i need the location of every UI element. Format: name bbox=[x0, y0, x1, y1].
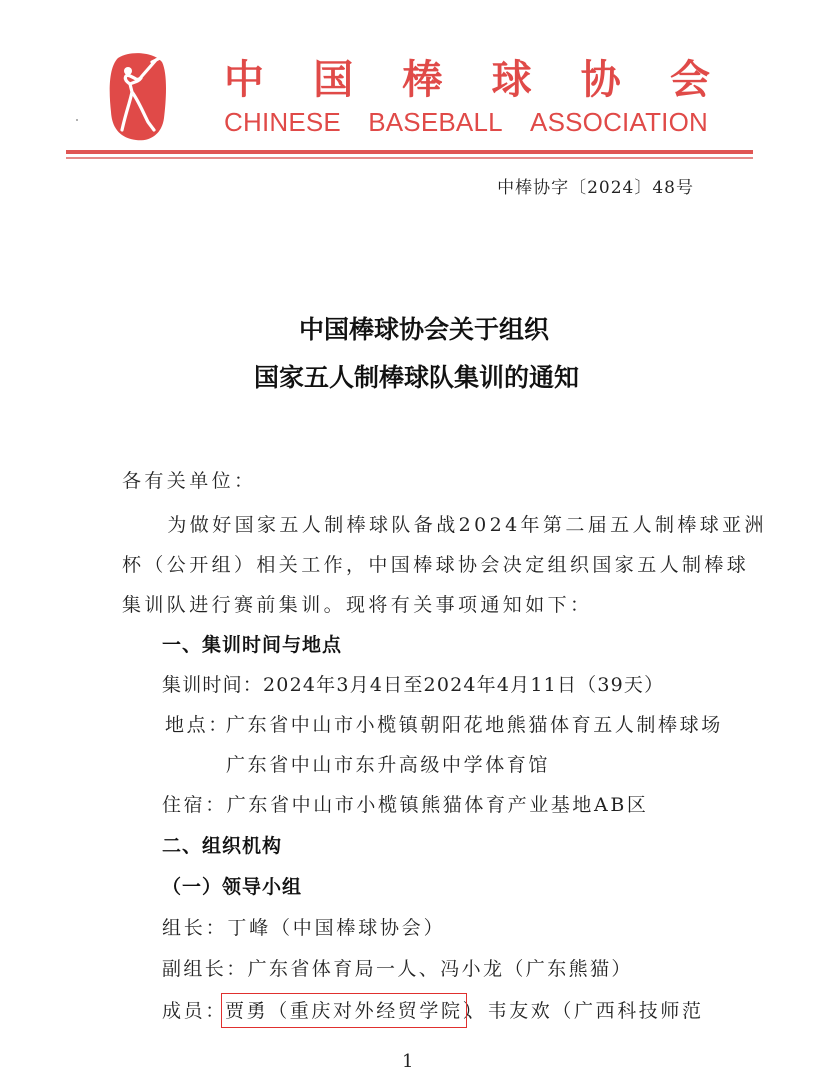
section-heading-organization: 二、组织机构 bbox=[162, 833, 282, 859]
document-title-line-2: 国家五人制棒球队集训的通知 bbox=[0, 362, 828, 394]
association-name-chinese: 中 国 棒 球 协 会 bbox=[222, 58, 712, 102]
venue-2: 广东省中山市东升高级中学体育馆 bbox=[226, 752, 550, 778]
intro-paragraph-line: 杯（公开组）相关工作，中国棒球协会决定组织国家五人制棒球 bbox=[122, 552, 749, 578]
cn-char: 中 bbox=[222, 58, 266, 102]
cn-char: 协 bbox=[579, 58, 623, 102]
document-title-line-1: 中国棒球协会关于组织 bbox=[0, 314, 828, 346]
scan-speck bbox=[76, 119, 78, 121]
training-time: 集训时间：2024年3月4日至2024年4月11日（39天） bbox=[162, 672, 664, 698]
association-logo bbox=[108, 52, 168, 142]
en-word: BASEBALL bbox=[368, 106, 503, 138]
subsection-heading-leadership: （一）领导小组 bbox=[162, 874, 302, 900]
members-label: 成员： bbox=[162, 998, 227, 1024]
group-leader: 组长：丁峰（中国棒球协会） bbox=[162, 915, 445, 941]
section-heading-time-venue: 一、集训时间与地点 bbox=[162, 632, 342, 658]
intro-paragraph-line: 为做好国家五人制棒球队备战2024年第二届五人制棒球亚洲 bbox=[145, 512, 767, 538]
venue-label: 地点： bbox=[165, 712, 230, 738]
deputy-leader: 副组长：广东省体育局一人、冯小龙（广东熊猫） bbox=[162, 956, 633, 982]
intro-paragraph-line: 集训队进行赛前集训。现将有关事项通知如下： bbox=[122, 592, 592, 618]
document-number: 中棒协字〔2024〕48号 bbox=[497, 176, 694, 200]
members-rest: 、韦友欢（广西科技师范 bbox=[466, 998, 704, 1024]
cn-char: 会 bbox=[668, 58, 712, 102]
letterhead-rule-thick bbox=[66, 150, 753, 154]
salutation: 各有关单位： bbox=[122, 468, 256, 494]
letterhead-rule-thin bbox=[66, 157, 753, 159]
baseball-batter-icon bbox=[108, 52, 168, 142]
association-name-english: CHINESE BASEBALL ASSOCIATION bbox=[224, 106, 708, 138]
page-number: 1 bbox=[402, 1050, 413, 1074]
cn-char: 棒 bbox=[400, 58, 444, 102]
lodging: 住宿：广东省中山市小榄镇熊猫体育产业基地AB区 bbox=[162, 792, 649, 818]
en-word: CHINESE bbox=[224, 106, 341, 138]
cn-char: 球 bbox=[490, 58, 534, 102]
en-word: ASSOCIATION bbox=[530, 106, 708, 138]
venue-1: 广东省中山市小榄镇朝阳花地熊猫体育五人制棒球场 bbox=[226, 712, 723, 738]
cn-char: 国 bbox=[311, 58, 355, 102]
annotation-highlight-box bbox=[221, 993, 467, 1028]
